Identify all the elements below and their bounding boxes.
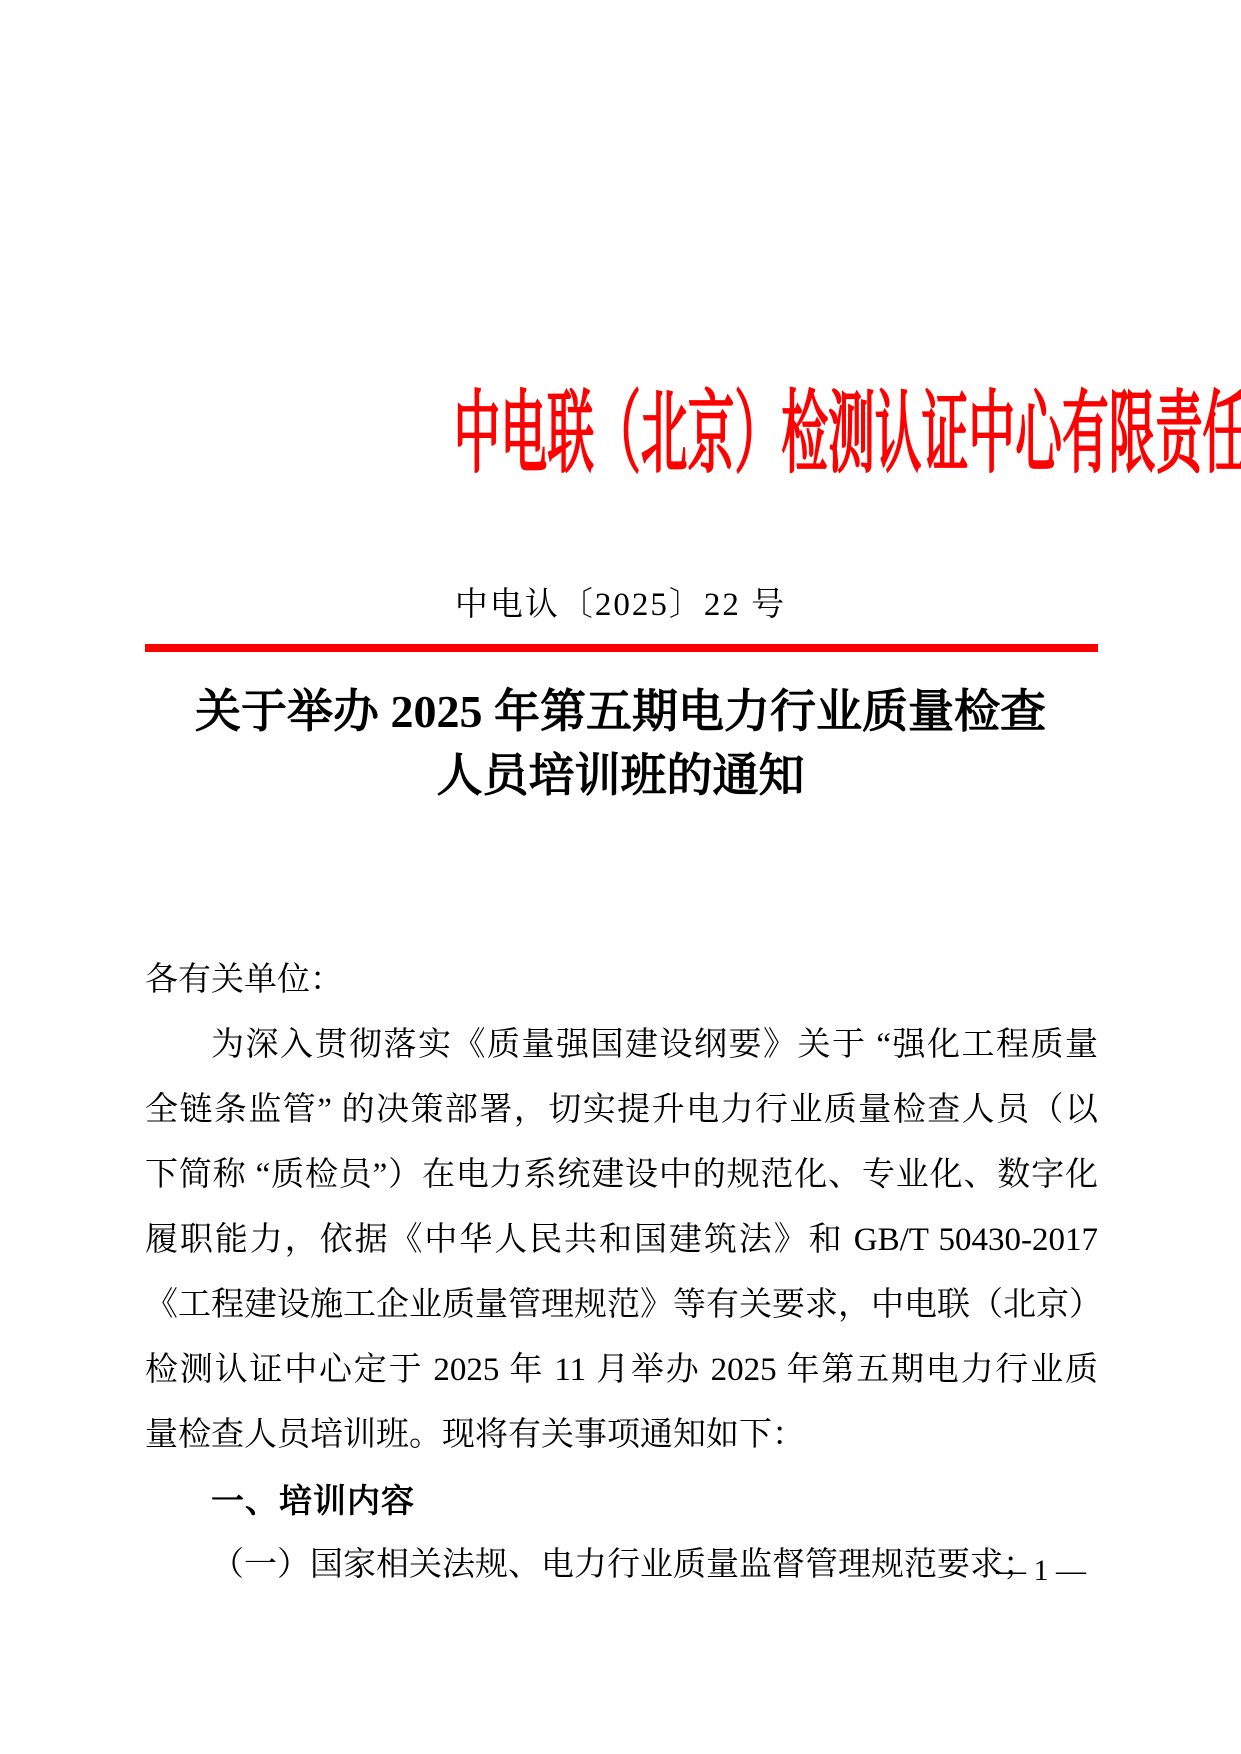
page-number: — 1 — bbox=[0, 1554, 1086, 1588]
paragraph-line: 全链条监管” 的决策部署，切实提升电力行业质量检查人员（以 bbox=[145, 1078, 1098, 1143]
red-divider-line bbox=[145, 644, 1098, 652]
paragraph-line: 检测认证中心定于 2025 年 11 月举办 2025 年第五期电力行业质 bbox=[145, 1338, 1098, 1403]
letterhead-title: 中电联（北京）检测认证中心有限责任公司文件 bbox=[0, 388, 1241, 483]
paragraph-line: 为深入贯彻落实《质量强国建设纲要》关于 “强化工程质量 bbox=[145, 1013, 1098, 1078]
paragraph-line: 履职能力，依据《中华人民共和国建筑法》和 GB/T 50430-2017 bbox=[145, 1208, 1098, 1273]
notice-title-line2: 人员培训班的通知 bbox=[0, 744, 1241, 808]
paragraph-line: 下简称 “质检员”）在电力系统建设中的规范化、专业化、数字化 bbox=[145, 1143, 1098, 1208]
letterhead-title-text: 中电联（北京）检测认证中心有限责任公司文件 bbox=[454, 388, 1241, 483]
document-page: 中电联（北京）检测认证中心有限责任公司文件 中电认〔2025〕22 号 关于举办… bbox=[0, 0, 1241, 1754]
notice-body: 各有关单位： 为深入贯彻落实《质量强国建设纲要》关于 “强化工程质量 全链条监管… bbox=[145, 948, 1098, 1598]
salutation: 各有关单位： bbox=[145, 948, 1098, 1013]
document-number: 中电认〔2025〕22 号 bbox=[0, 578, 1241, 625]
paragraph-line: 量检查人员培训班。现将有关事项通知如下： bbox=[145, 1403, 1098, 1468]
notice-title: 关于举办 2025 年第五期电力行业质量检查 人员培训班的通知 bbox=[0, 680, 1241, 808]
paragraph-line: 《工程建设施工企业质量管理规范》等有关要求，中电联（北京） bbox=[145, 1273, 1098, 1338]
section-heading: 一、培训内容 bbox=[145, 1468, 1098, 1533]
notice-title-line1: 关于举办 2025 年第五期电力行业质量检查 bbox=[0, 680, 1241, 744]
